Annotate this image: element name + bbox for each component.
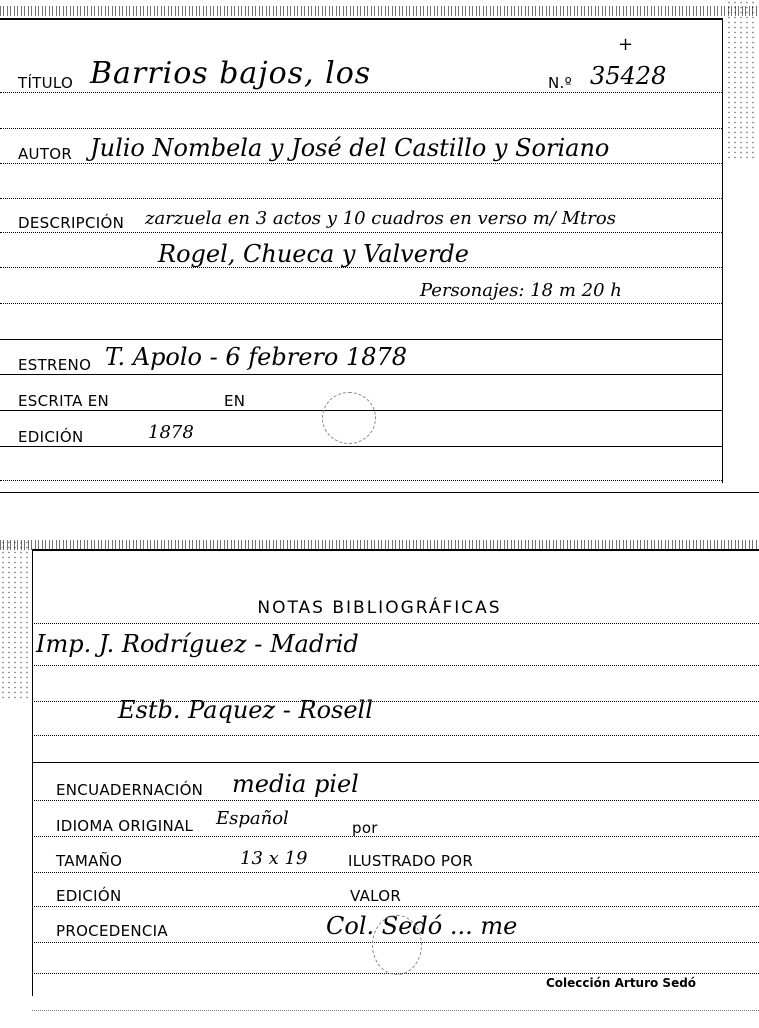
rule-descripcion-3 bbox=[0, 303, 722, 304]
escrita-en-label: ESCRITA EN bbox=[18, 392, 109, 410]
numero-mark: + bbox=[618, 34, 633, 55]
procedencia-label: PROCEDENCIA bbox=[56, 922, 168, 940]
rule-blank bbox=[32, 762, 759, 763]
rule-edicion-valor bbox=[32, 906, 759, 907]
rule-autor bbox=[0, 163, 722, 164]
rule-titulo bbox=[0, 92, 722, 93]
note-line-1: Imp. J. Rodríguez - Madrid bbox=[36, 630, 359, 658]
card-separator bbox=[0, 492, 759, 493]
rule-note-1 bbox=[32, 665, 759, 666]
edicion-back-label: EDICIÓN bbox=[56, 887, 121, 905]
collection-footer: Colección Arturo Sedó bbox=[546, 976, 696, 990]
rule-scan-bottom bbox=[32, 1010, 759, 1011]
autor-value: Julio Nombela y José del Castillo y Sori… bbox=[90, 134, 609, 162]
escrita-en-second-label: EN bbox=[224, 392, 245, 410]
stain-mark bbox=[322, 392, 376, 444]
rule-bottom-top-card bbox=[0, 480, 722, 481]
tamano-label: TAMAÑO bbox=[56, 852, 122, 870]
numero-value: 35428 bbox=[590, 62, 666, 90]
procedencia-value: Col. Sedó ... me bbox=[326, 912, 517, 940]
encuadernacion-value: media piel bbox=[232, 770, 359, 798]
edicion-label: EDICIÓN bbox=[18, 428, 83, 446]
notas-heading: NOTAS BIBLIOGRÁFICAS bbox=[0, 598, 759, 618]
edicion-value: 1878 bbox=[148, 422, 194, 443]
autor-label: AUTOR bbox=[18, 145, 72, 163]
numero-label: N.º bbox=[548, 74, 572, 92]
rule-descripcion-1 bbox=[0, 232, 722, 233]
rule-note-2 bbox=[32, 735, 759, 736]
rule-notes-top bbox=[32, 623, 759, 624]
rule-idioma bbox=[32, 836, 759, 837]
estreno-value: T. Apolo - 6 febrero 1878 bbox=[105, 343, 407, 371]
rule-tamano bbox=[32, 872, 759, 873]
note-line-2: Estb. Paquez - Rosell bbox=[118, 696, 373, 724]
rule-encuadernacion bbox=[32, 800, 759, 801]
tamano-value: 13 x 19 bbox=[240, 848, 307, 869]
rule-blank-3 bbox=[0, 339, 722, 340]
estreno-label: ESTRENO bbox=[18, 356, 91, 374]
idioma-original-value: Español bbox=[216, 808, 289, 829]
descripcion-line-3: Personajes: 18 m 20 h bbox=[420, 280, 622, 301]
encuadernacion-label: ENCUADERNACIÓN bbox=[56, 781, 203, 799]
por-label: por bbox=[352, 819, 378, 837]
rule-blank-1 bbox=[0, 128, 722, 129]
rule-edicion bbox=[0, 446, 722, 447]
descripcion-label: DESCRIPCIÓN bbox=[18, 214, 124, 232]
valor-label: VALOR bbox=[350, 887, 401, 905]
scan-noise-left bbox=[0, 540, 30, 700]
descripcion-line-2: Rogel, Chueca y Valverde bbox=[158, 240, 469, 268]
titulo-value: Barrios bajos, los bbox=[90, 56, 371, 91]
scan-noise-top bbox=[0, 6, 759, 16]
scan-noise-right bbox=[726, 0, 756, 160]
descripcion-line-1: zarzuela en 3 actos y 10 cuadros en vers… bbox=[145, 208, 616, 229]
rule-estreno bbox=[0, 374, 722, 375]
ilustrado-por-label: ILUSTRADO POR bbox=[348, 852, 473, 870]
titulo-label: TÍTULO bbox=[18, 74, 73, 92]
stain-mark-bottom bbox=[372, 915, 422, 975]
rule-blank-2 bbox=[0, 198, 722, 199]
idioma-original-label: IDIOMA ORIGINAL bbox=[56, 817, 193, 835]
